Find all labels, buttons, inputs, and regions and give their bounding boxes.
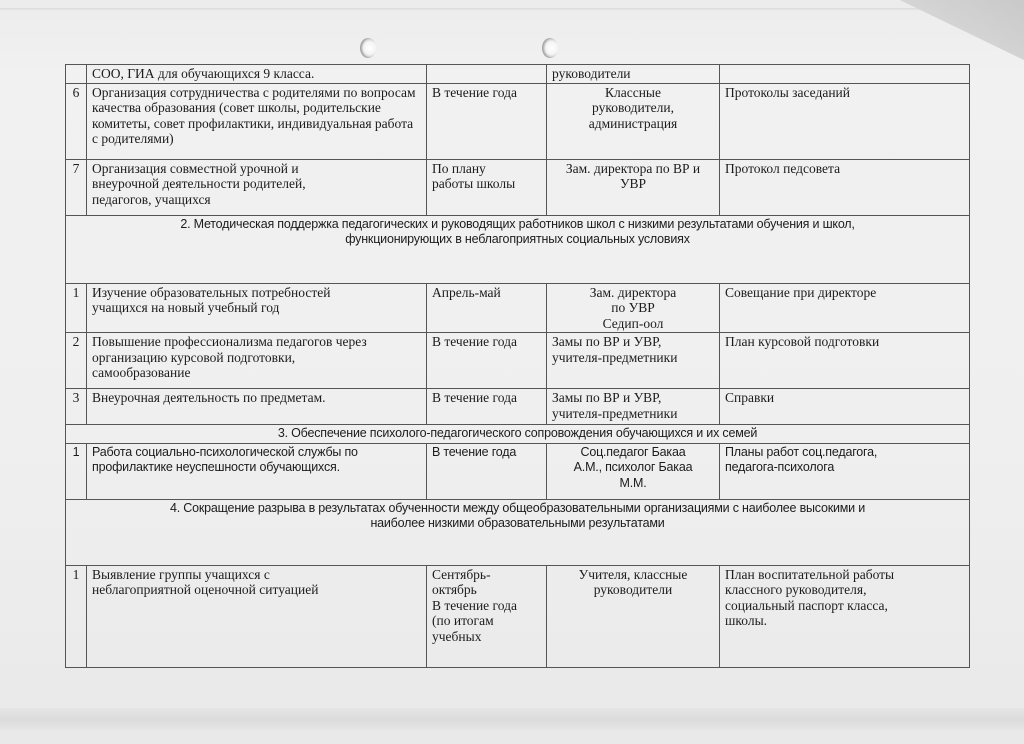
punch-hole-icon <box>542 38 558 58</box>
section-title: 4. Сокращение разрыва в результатах обуч… <box>66 499 970 565</box>
action-plan-table: СОО, ГИА для обучающихся 9 класса. руков… <box>65 64 970 668</box>
term-cell <box>427 65 547 84</box>
table-row: 7 Организация совместной урочной и внеур… <box>66 159 970 215</box>
row-number: 1 <box>66 565 87 667</box>
term-cell: Сентябрь- октябрь В течение года (по ито… <box>427 565 547 667</box>
page-fold-shadow <box>0 8 1024 11</box>
table-row: 1 Изучение образовательных потребностей … <box>66 283 970 333</box>
term-cell: В течение года <box>427 83 547 159</box>
table-row: 1 Работа социально-психологической служб… <box>66 443 970 499</box>
result-cell: Справки <box>720 389 970 425</box>
row-number: 7 <box>66 159 87 215</box>
responsible-cell: руководители <box>547 65 720 84</box>
row-number: 6 <box>66 83 87 159</box>
result-cell: Протокол педсовета <box>720 159 970 215</box>
result-cell: Совещание при директоре <box>720 283 970 333</box>
row-number: 3 <box>66 389 87 425</box>
responsible-cell: Зам. директора по ВР и УВР <box>547 159 720 215</box>
responsible-cell: Замы по ВР и УВР, учителя-предметники <box>547 333 720 389</box>
table-row: 2 Повышение профессионализма педагогов ч… <box>66 333 970 389</box>
row-number: 2 <box>66 333 87 389</box>
activity-cell: Работа социально-психологической службы … <box>87 443 427 499</box>
responsible-cell: Классные руководители, администрация <box>547 83 720 159</box>
section-title: 2. Методическая поддержка педагогических… <box>66 215 970 283</box>
term-cell: В течение года <box>427 333 547 389</box>
result-cell: Протоколы заседаний <box>720 83 970 159</box>
term-cell: В течение года <box>427 443 547 499</box>
term-cell: Апрель-май <box>427 283 547 333</box>
scan-artifact-band <box>0 708 1024 730</box>
table-row: 1 Выявление группы учащихся с неблагопри… <box>66 565 970 667</box>
result-cell <box>720 65 970 84</box>
responsible-cell: Зам. директора по УВР Седип-оол <box>547 283 720 333</box>
result-cell: План курсовой подготовки <box>720 333 970 389</box>
section-title: 3. Обеспечение психолого-педагогического… <box>66 425 970 444</box>
activity-cell: Организация совместной урочной и внеуроч… <box>87 159 427 215</box>
result-cell: Планы работ соц.педагога, педагога-психо… <box>720 443 970 499</box>
activity-cell: СОО, ГИА для обучающихся 9 класса. <box>87 65 427 84</box>
activity-cell: Изучение образовательных потребностей уч… <box>87 283 427 333</box>
punch-hole-icon <box>360 38 376 58</box>
table-row: 6 Организация сотрудничества с родителям… <box>66 83 970 159</box>
row-number: 1 <box>66 443 87 499</box>
responsible-cell: Учителя, классные руководители <box>547 565 720 667</box>
row-number: 1 <box>66 283 87 333</box>
term-cell: По плану работы школы <box>427 159 547 215</box>
section-header-row: 4. Сокращение разрыва в результатах обуч… <box>66 499 970 565</box>
term-cell: В течение года <box>427 389 547 425</box>
responsible-cell: Соц.педагог Бакаа А.М., психолог Бакаа М… <box>547 443 720 499</box>
table-row: 3 Внеурочная деятельность по предметам. … <box>66 389 970 425</box>
scanned-page: СОО, ГИА для обучающихся 9 класса. руков… <box>0 0 1024 744</box>
activity-cell: Выявление группы учащихся с неблагоприят… <box>87 565 427 667</box>
activity-cell: Повышение профессионализма педагогов чер… <box>87 333 427 389</box>
section-header-row: 3. Обеспечение психолого-педагогического… <box>66 425 970 444</box>
activity-cell: Внеурочная деятельность по предметам. <box>87 389 427 425</box>
result-cell: План воспитательной работы классного рук… <box>720 565 970 667</box>
responsible-cell: Замы по ВР и УВР, учителя-предметники <box>547 389 720 425</box>
section-header-row: 2. Методическая поддержка педагогических… <box>66 215 970 283</box>
table-row: СОО, ГИА для обучающихся 9 класса. руков… <box>66 65 970 84</box>
activity-cell: Организация сотрудничества с родителями … <box>87 83 427 159</box>
row-number <box>66 65 87 84</box>
